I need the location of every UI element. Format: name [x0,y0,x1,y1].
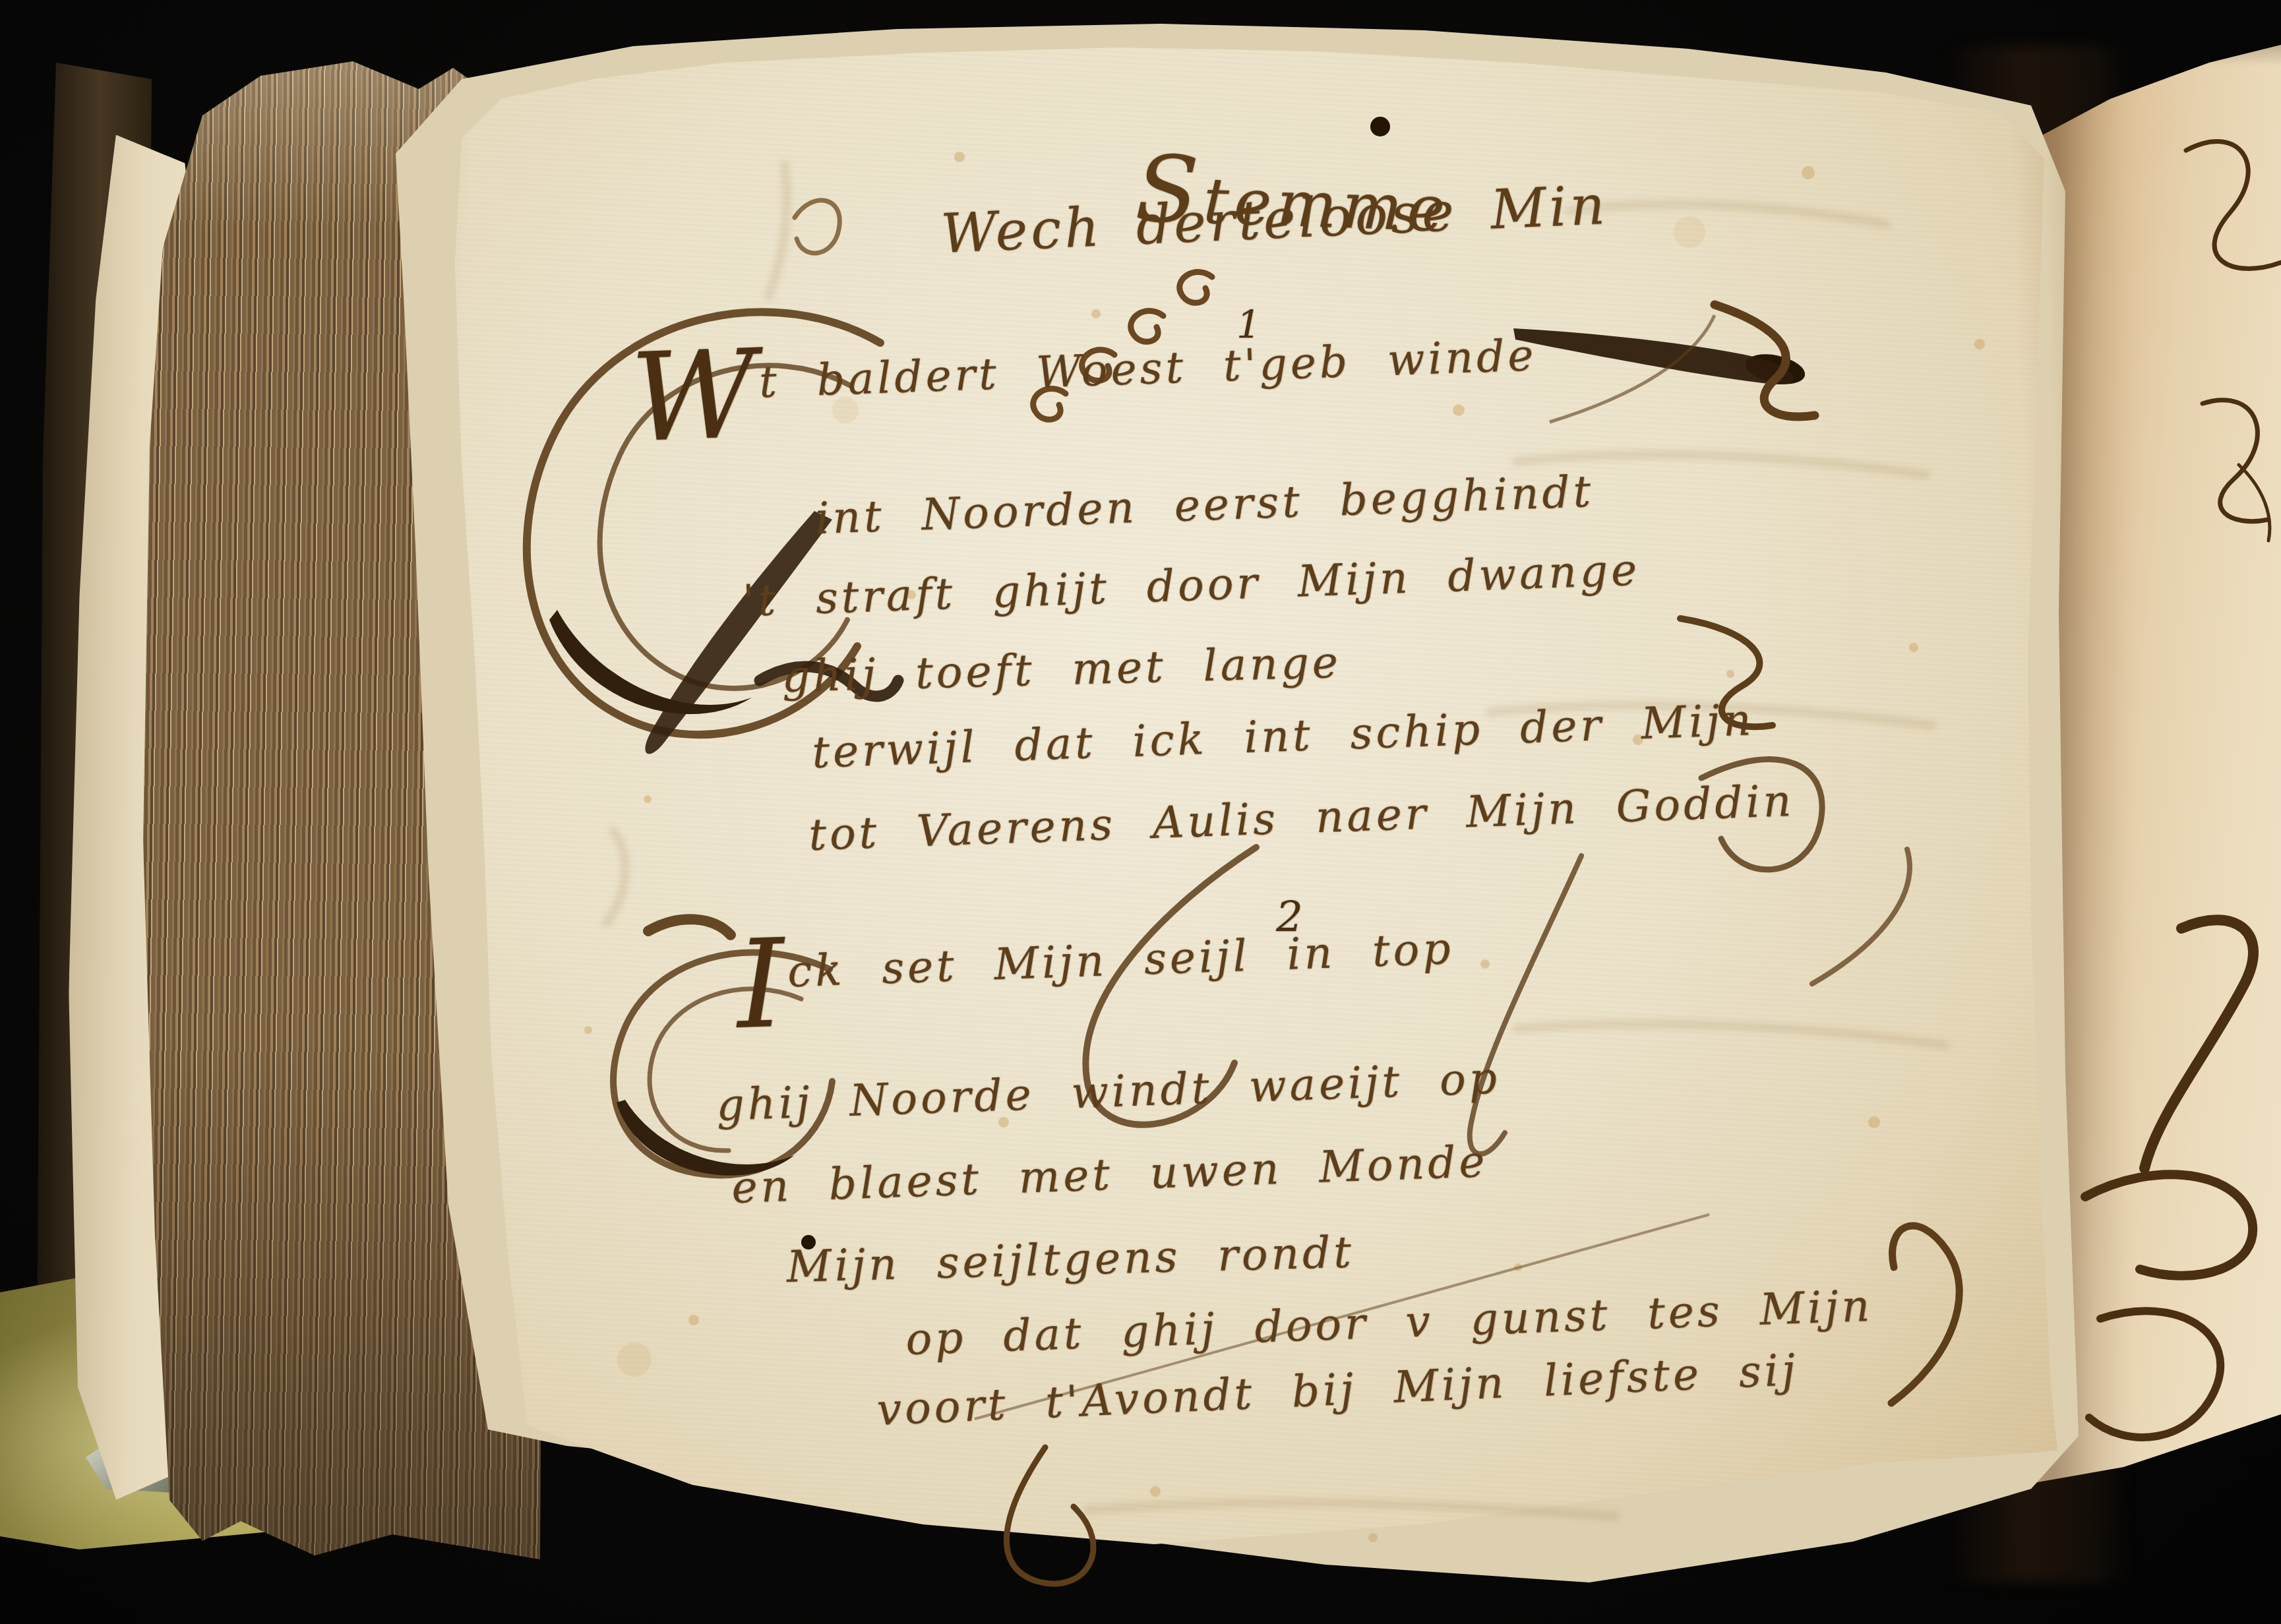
stanza1-line4: ghij toeft met lange [781,637,1342,702]
stanza1-line2: int Noorden eerst begghindt [814,466,1595,544]
stanza2-line4: Mijn seijltgens rondt [786,1226,1355,1292]
stanza2-line2: ghij Noorde windt waeijt op [715,1052,1501,1130]
stanza2-line3: en blaest met uwen Monde [731,1136,1488,1213]
stanza1-line5: terwijl dat ick int schip der Mijn [811,694,1755,778]
stanza1-line3: 't straft ghijt door Mijn dwange [742,544,1641,626]
stanza1-line1: Wt baldert Woest t'geb winde [630,330,1538,433]
manuscript-photo: Stemme Wech derteloose Min 1 Wt baldert … [0,0,2281,1624]
stanza1-line6: tot Vaerens Aulis naer Mijn Goddin [808,775,1795,860]
stanza2-line1: Ick set Mijn seijl in top [735,923,1455,1019]
handwriting-layer: Stemme Wech derteloose Min 1 Wt baldert … [0,0,2281,1624]
